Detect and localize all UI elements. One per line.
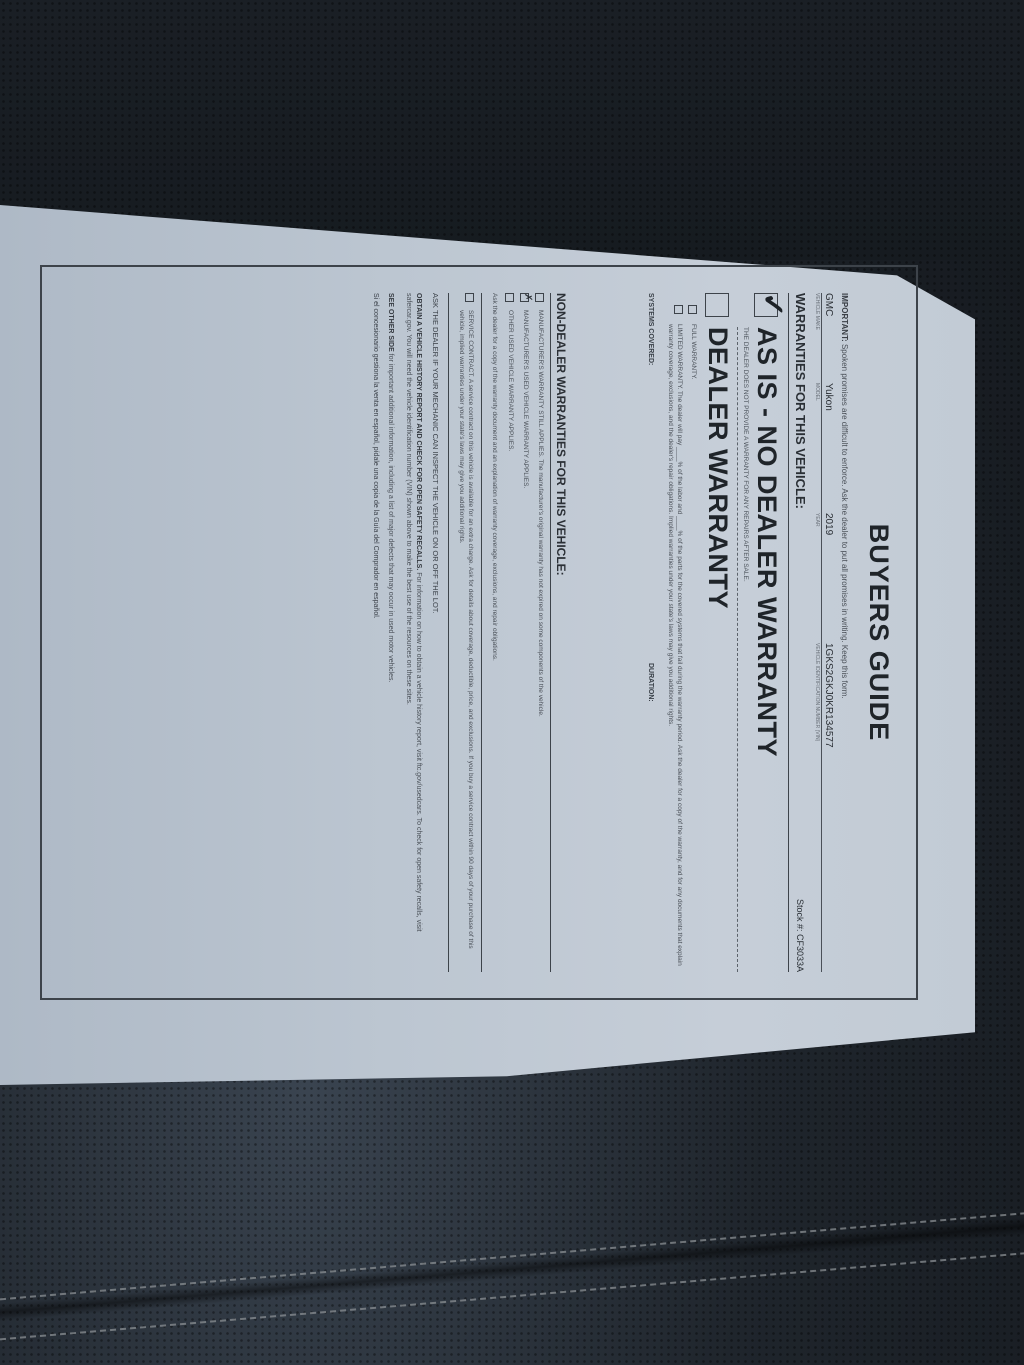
service-contract-checkbox[interactable]	[465, 293, 474, 302]
vehicle-captions: VEHICLE MAKE MODEL YEAR VEHICLE IDENTIFI…	[814, 293, 820, 972]
warranties-heading-row: WARRANTIES FOR THIS VEHICLE: Stock #: CF…	[793, 293, 808, 972]
dealer-warranty-checkbox[interactable]	[706, 293, 730, 317]
limited-warranty-label: LIMITED WARRANTY. The dealer will pay __…	[666, 324, 684, 972]
vehicle-make: GMC	[823, 293, 834, 383]
divider	[788, 293, 789, 972]
option-dealer-warranty[interactable]: DEALER WARRANTY	[702, 293, 733, 972]
limited-warranty-checkbox[interactable]	[674, 305, 683, 314]
dealer-warranty-label: DEALER WARRANTY	[702, 327, 733, 609]
non-dealer-item[interactable]: ✗ MANUFACTURER'S USED VEHICLE WARRANTY A…	[520, 293, 530, 972]
as-is-note: THE DEALER DOES NOT PROVIDE A WARRANTY F…	[737, 327, 749, 972]
check-x-icon: ✗	[522, 293, 532, 301]
important-text: Spoken promises are difficult to enforce…	[840, 344, 849, 699]
manufacturer-warranty-checkbox[interactable]	[535, 293, 544, 302]
warranties-heading: WARRANTIES FOR THIS VEHICLE:	[793, 293, 808, 509]
other-side-bold: SEE OTHER SIDE	[387, 293, 394, 352]
other-side-body: for important additional information, in…	[387, 352, 394, 683]
checkmark-icon: ✓	[758, 292, 788, 317]
full-warranty-checkbox[interactable]	[688, 305, 697, 314]
non-dealer-item[interactable]: MANUFACTURER'S WARRANTY STILL APPLIES. T…	[535, 293, 545, 972]
non-dealer-item-label: MANUFACTURER'S WARRANTY STILL APPLIES. T…	[536, 310, 545, 717]
history-bold: OBTAIN A VEHICLE HISTORY REPORT AND CHEC…	[415, 293, 422, 570]
form-title: BUYERS GUIDE	[863, 293, 894, 972]
option-as-is[interactable]: ✓ AS IS - NO DEALER WARRANTY	[751, 293, 782, 972]
as-is-checkbox[interactable]: ✓	[755, 293, 779, 317]
option-full-warranty[interactable]: FULL WARRANTY.	[688, 293, 698, 972]
non-dealer-item-label: OTHER USED VEHICLE WARRANTY APPLIES.	[506, 310, 515, 451]
option-limited-warranty[interactable]: LIMITED WARRANTY. The dealer will pay __…	[666, 293, 684, 972]
vehicle-year: 2019	[823, 513, 834, 643]
manufacturer-used-warranty-checkbox[interactable]: ✗	[520, 293, 529, 302]
other-used-warranty-checkbox[interactable]	[505, 293, 514, 302]
history-report-text: OBTAIN A VEHICLE HISTORY REPORT AND CHEC…	[403, 293, 423, 972]
important-notice: IMPORTANT: Spoken promises are difficult…	[840, 293, 849, 972]
buyers-guide-form: BUYERS GUIDE IMPORTANT: Spoken promises …	[40, 265, 918, 1000]
other-side-text: SEE OTHER SIDE for important additional …	[385, 293, 395, 972]
non-dealer-item-label: MANUFACTURER'S USED VEHICLE WARRANTY APP…	[521, 310, 530, 488]
full-warranty-label: FULL WARRANTY.	[689, 324, 698, 379]
vehicle-model: Yukon	[823, 383, 834, 513]
spanish-notice: Si el concesionario gestiona la venta en…	[372, 293, 379, 972]
duration-label: DURATION:	[574, 663, 654, 702]
mechanic-notice: ASK THE DEALER IF YOUR MECHANIC CAN INSP…	[431, 293, 440, 972]
caption-year: YEAR	[814, 513, 820, 643]
non-dealer-heading: NON-DEALER WARRANTIES FOR THIS VEHICLE:	[550, 293, 568, 972]
as-is-label: AS IS - NO DEALER WARRANTY	[751, 327, 782, 757]
caption-vin: VEHICLE IDENTIFICATION NUMBER (VIN)	[814, 643, 820, 972]
caption-model: MODEL	[814, 383, 820, 513]
systems-covered-area: SYSTEMS COVERED: DURATION:	[574, 293, 654, 972]
non-dealer-item[interactable]: OTHER USED VEHICLE WARRANTY APPLIES.	[505, 293, 515, 972]
important-label: IMPORTANT:	[840, 293, 849, 342]
option-service-contract[interactable]: SERVICE CONTRACT. A service contract on …	[448, 293, 482, 972]
systems-covered-label: SYSTEMS COVERED:	[574, 293, 654, 663]
vehicle-vin: 1GKS2GKJ0KR134577	[823, 643, 834, 972]
document-frame: BUYERS GUIDE IMPORTANT: Spoken promises …	[40, 265, 918, 1000]
stock-number: Stock #: CF3033A	[793, 899, 805, 972]
vehicle-info-row: GMC Yukon 2019 1GKS2GKJ0KR134577	[821, 293, 834, 972]
service-contract-label: SERVICE CONTRACT. A service contract on …	[457, 310, 475, 972]
ask-copy-text: Ask the dealer for a copy of the warrant…	[490, 293, 499, 972]
caption-make: VEHICLE MAKE	[814, 293, 820, 383]
